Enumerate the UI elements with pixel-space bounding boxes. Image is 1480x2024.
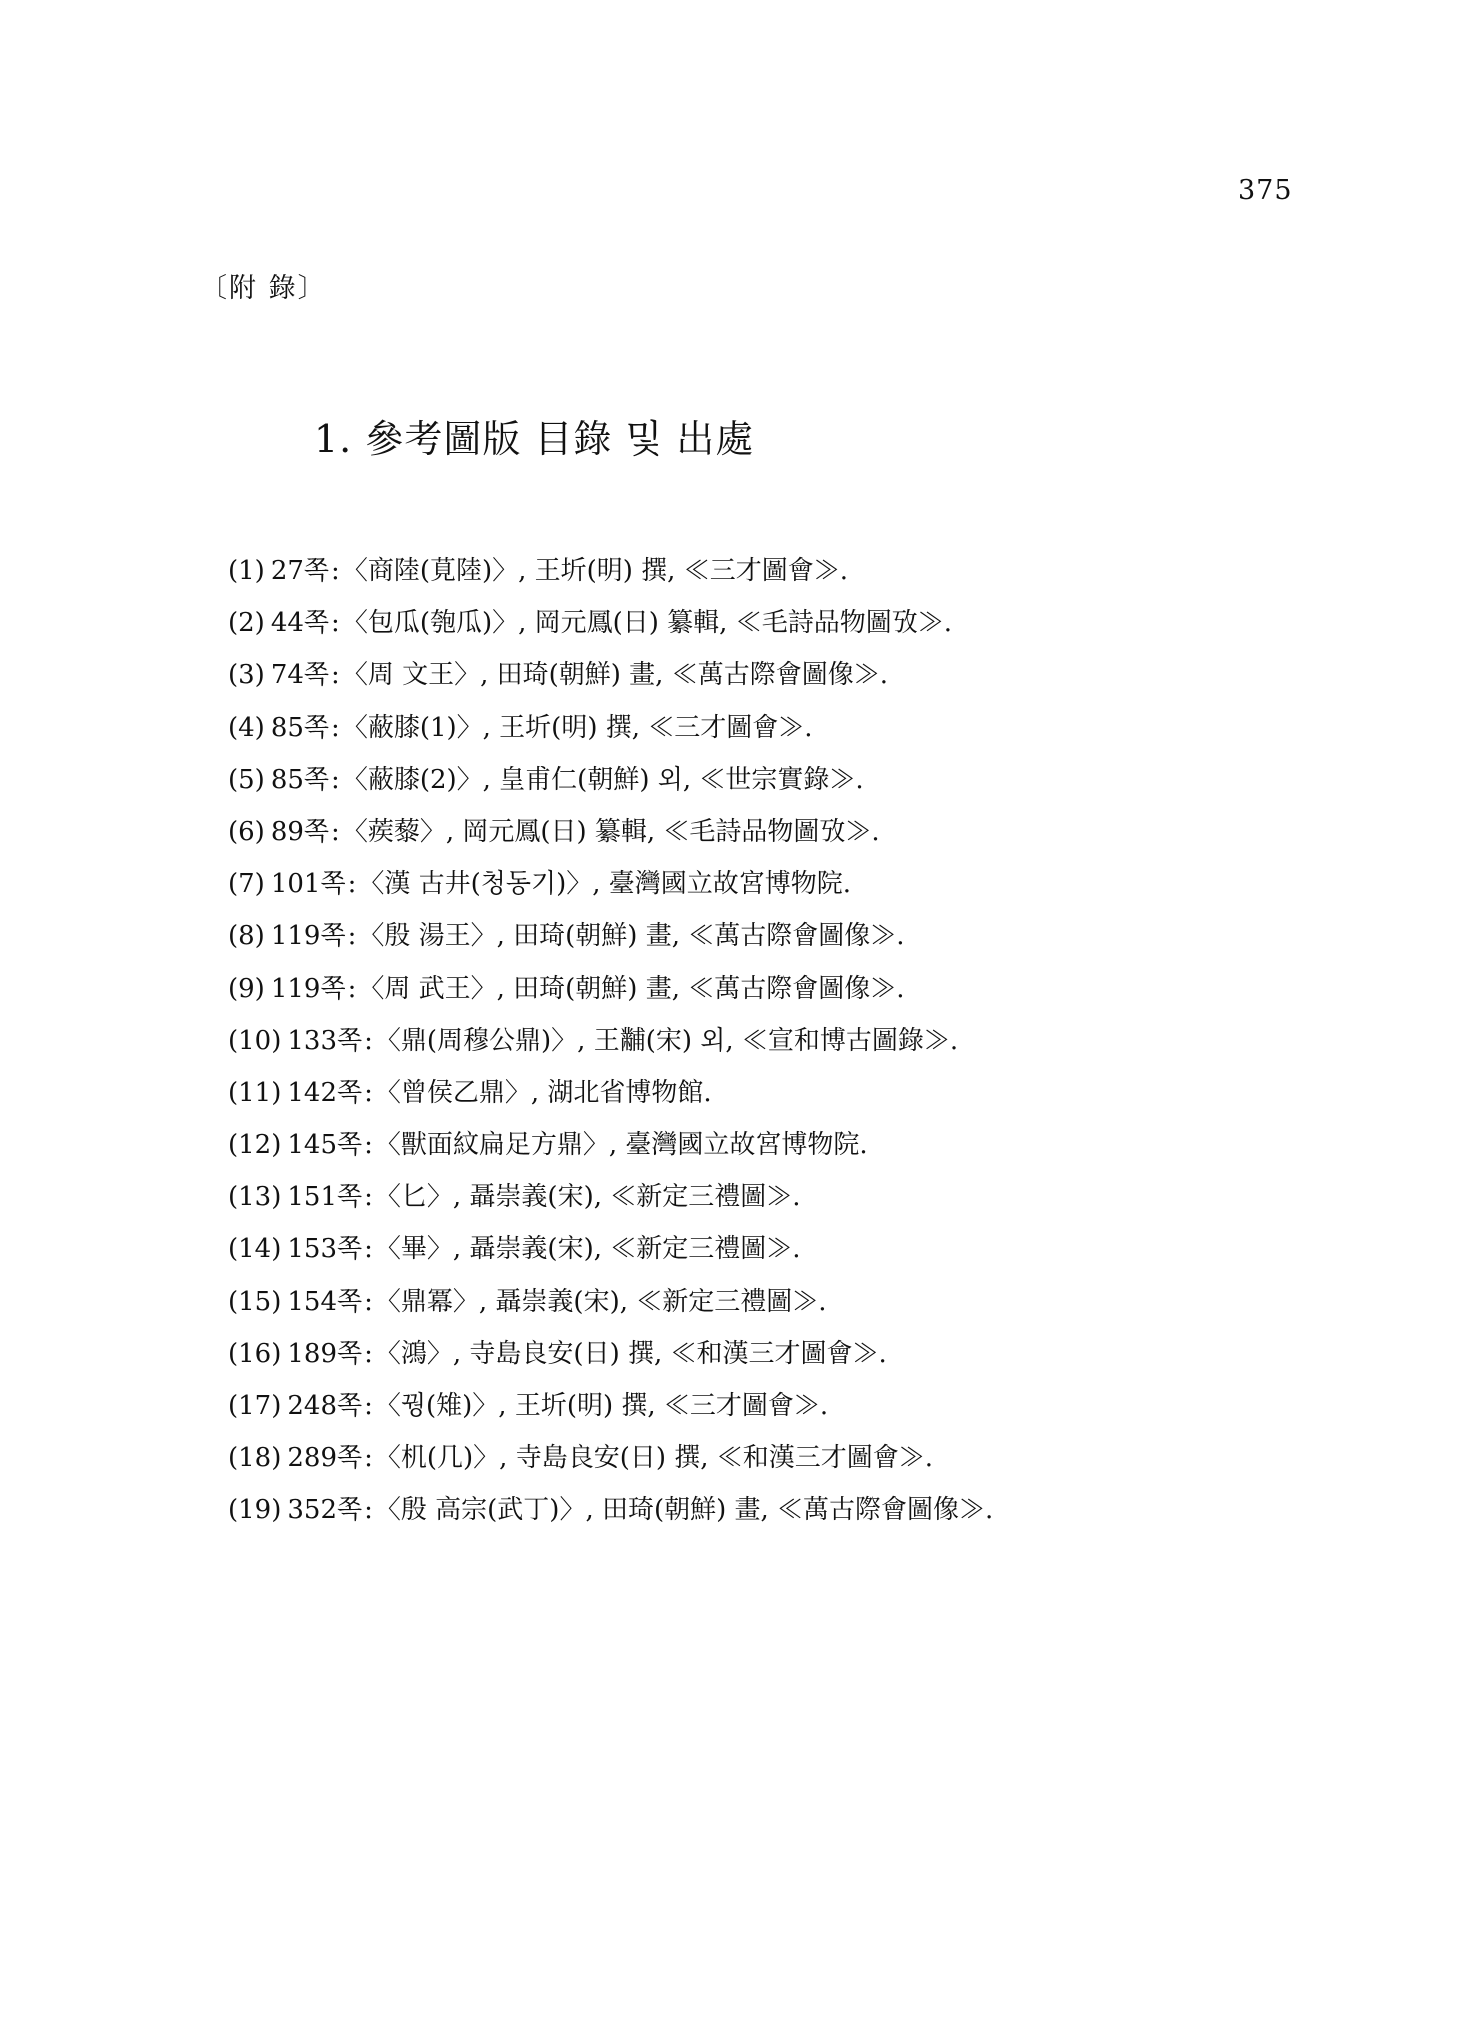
plate-number: (19) [228,1495,281,1525]
section-heading: 1. 參考圖版 目錄 및 出處 [314,414,754,464]
plate-number: (14) [228,1234,281,1264]
plate-separator: : [364,1130,373,1160]
plate-item: (17)248쪽:〈꿩(雉)〉, 王圻(明) 撰, ≪三才圖會≫. [228,1387,993,1439]
plate-entry: 〈꿩(雉)〉, 王圻(明) 撰, ≪三才圖會≫. [375,1391,828,1421]
plate-page: 145쪽 [287,1130,362,1160]
plate-entry: 〈鴻〉, 寺島良安(日) 撰, ≪和漢三才圖會≫. [375,1339,887,1369]
plate-page: 133쪽 [287,1026,362,1056]
plate-entry: 〈机(几)〉, 寺島良安(日) 撰, ≪和漢三才圖會≫. [375,1443,933,1473]
plate-item: (11)142쪽:〈曾侯乙鼎〉, 湖北省博物館. [228,1074,993,1126]
plate-page: 142쪽 [287,1078,362,1108]
plate-number: (11) [228,1078,281,1108]
appendix-label: 〔附 錄〕 [200,272,327,306]
plate-entry: 〈匕〉, 聶崇義(宋), ≪新定三禮圖≫. [375,1182,801,1212]
plate-number: (15) [228,1287,281,1317]
plate-separator: : [364,1495,373,1525]
plate-page: 27쪽 [271,556,329,586]
plate-number: (8) [228,921,265,951]
plate-item: (2)44쪽:〈包瓜(匏瓜)〉, 岡元鳳(日) 纂輯, ≪毛詩品物圖攷≫. [228,604,993,656]
plate-entry: 〈殷 高宗(武丁)〉, 田琦(朝鮮) 畫, ≪萬古際會圖像≫. [375,1495,993,1525]
plate-item: (10)133쪽:〈鼎(周穆公鼎)〉, 王黼(宋) 외, ≪宣和博古圖錄≫. [228,1022,993,1074]
plate-page: 44쪽 [271,608,329,638]
plate-page: 153쪽 [287,1234,362,1264]
plate-entry: 〈蔽膝(2)〉, 皇甫仁(朝鮮) 외, ≪世宗實錄≫. [342,765,864,795]
plate-item: (13)151쪽:〈匕〉, 聶崇義(宋), ≪新定三禮圖≫. [228,1178,993,1230]
plate-separator: : [364,1443,373,1473]
plate-item: (5)85쪽:〈蔽膝(2)〉, 皇甫仁(朝鮮) 외, ≪世宗實錄≫. [228,761,993,813]
plate-separator: : [348,869,357,899]
plate-list: (1)27쪽:〈商陸(莧陸)〉, 王圻(明) 撰, ≪三才圖會≫. (2)44쪽… [228,552,993,1544]
plate-entry: 〈獸面紋扁足方鼎〉, 臺灣國立故宮博物院. [375,1130,868,1160]
plate-item: (4)85쪽:〈蔽膝(1)〉, 王圻(明) 撰, ≪三才圖會≫. [228,709,993,761]
plate-entry: 〈周 文王〉, 田琦(朝鮮) 畫, ≪萬古際會圖像≫. [342,660,888,690]
plate-entry: 〈周 武王〉, 田琦(朝鮮) 畫, ≪萬古際會圖像≫. [358,974,904,1004]
plate-entry: 〈曾侯乙鼎〉, 湖北省博物館. [375,1078,712,1108]
plate-page: 352쪽 [287,1495,362,1525]
page-number: 375 [1238,176,1293,206]
plate-page: 85쪽 [271,765,329,795]
plate-entry: 〈蔽膝(1)〉, 王圻(明) 撰, ≪三才圖會≫. [342,713,813,743]
plate-number: (13) [228,1182,281,1212]
plate-page: 119쪽 [271,921,346,951]
plate-page: 119쪽 [271,974,346,1004]
plate-page: 154쪽 [287,1287,362,1317]
plate-page: 74쪽 [271,660,329,690]
plate-page: 89쪽 [271,817,329,847]
plate-entry: 〈畢〉, 聶崇義(宋), ≪新定三禮圖≫. [375,1234,801,1264]
plate-separator: : [331,660,340,690]
plate-number: (5) [228,765,265,795]
plate-entry: 〈包瓜(匏瓜)〉, 岡元鳳(日) 纂輯, ≪毛詩品物圖攷≫. [342,608,952,638]
plate-number: (7) [228,869,265,899]
plate-item: (6)89쪽:〈蒺藜〉, 岡元鳳(日) 纂輯, ≪毛詩品物圖攷≫. [228,813,993,865]
plate-item: (1)27쪽:〈商陸(莧陸)〉, 王圻(明) 撰, ≪三才圖會≫. [228,552,993,604]
plate-separator: : [364,1182,373,1212]
plate-entry: 〈漢 古井(청동기)〉, 臺灣國立故宮博物院. [358,869,851,899]
plate-number: (2) [228,608,265,638]
plate-item: (12)145쪽:〈獸面紋扁足方鼎〉, 臺灣國立故宮博物院. [228,1126,993,1178]
plate-separator: : [364,1391,373,1421]
plate-separator: : [348,974,357,1004]
plate-separator: : [331,713,340,743]
plate-separator: : [331,765,340,795]
plate-item: (7)101쪽:〈漢 古井(청동기)〉, 臺灣國立故宮博物院. [228,865,993,917]
plate-item: (9)119쪽:〈周 武王〉, 田琦(朝鮮) 畫, ≪萬古際會圖像≫. [228,970,993,1022]
plate-separator: : [364,1287,373,1317]
plate-entry: 〈鼎(周穆公鼎)〉, 王黼(宋) 외, ≪宣和博古圖錄≫. [375,1026,958,1056]
plate-number: (3) [228,660,265,690]
plate-separator: : [364,1234,373,1264]
plate-separator: : [364,1339,373,1369]
plate-entry: 〈鼎冪〉, 聶崇義(宋), ≪新定三禮圖≫. [375,1287,827,1317]
plate-number: (17) [228,1391,281,1421]
plate-item: (14)153쪽:〈畢〉, 聶崇義(宋), ≪新定三禮圖≫. [228,1230,993,1282]
plate-entry: 〈蒺藜〉, 岡元鳳(日) 纂輯, ≪毛詩品物圖攷≫. [342,817,880,847]
plate-number: (16) [228,1339,281,1369]
plate-separator: : [364,1026,373,1056]
plate-page: 189쪽 [287,1339,362,1369]
plate-item: (3)74쪽:〈周 文王〉, 田琦(朝鮮) 畫, ≪萬古際會圖像≫. [228,656,993,708]
plate-separator: : [364,1078,373,1108]
plate-number: (10) [228,1026,281,1056]
plate-item: (18)289쪽:〈机(几)〉, 寺島良安(日) 撰, ≪和漢三才圖會≫. [228,1439,993,1491]
plate-page: 101쪽 [271,869,346,899]
plate-item: (15)154쪽:〈鼎冪〉, 聶崇義(宋), ≪新定三禮圖≫. [228,1283,993,1335]
plate-number: (9) [228,974,265,1004]
plate-item: (8)119쪽:〈殷 湯王〉, 田琦(朝鮮) 畫, ≪萬古際會圖像≫. [228,917,993,969]
plate-page: 289쪽 [287,1443,362,1473]
plate-page: 151쪽 [287,1182,362,1212]
plate-separator: : [348,921,357,951]
plate-page: 248쪽 [287,1391,362,1421]
plate-separator: : [331,608,340,638]
plate-number: (4) [228,713,265,743]
plate-item: (16)189쪽:〈鴻〉, 寺島良安(日) 撰, ≪和漢三才圖會≫. [228,1335,993,1387]
plate-entry: 〈商陸(莧陸)〉, 王圻(明) 撰, ≪三才圖會≫. [342,556,848,586]
plate-number: (18) [228,1443,281,1473]
plate-number: (6) [228,817,265,847]
plate-page: 85쪽 [271,713,329,743]
plate-number: (1) [228,556,265,586]
plate-separator: : [331,817,340,847]
plate-separator: : [331,556,340,586]
plate-item: (19)352쪽:〈殷 高宗(武丁)〉, 田琦(朝鮮) 畫, ≪萬古際會圖像≫. [228,1491,993,1543]
plate-entry: 〈殷 湯王〉, 田琦(朝鮮) 畫, ≪萬古際會圖像≫. [358,921,904,951]
plate-number: (12) [228,1130,281,1160]
